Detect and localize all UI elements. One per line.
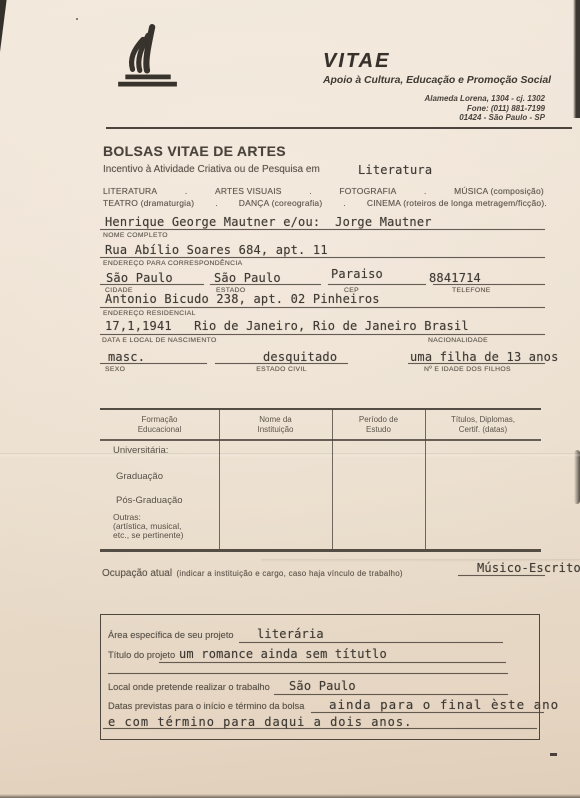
ink-speck	[550, 753, 557, 756]
header-line: Títulos, Diplomas,	[425, 415, 541, 425]
cep-value: Paraiso	[331, 267, 383, 281]
dust-speck	[76, 18, 78, 20]
category-item: LITERATURA	[103, 186, 157, 196]
ocupacao-row: Ocupação atual (indicar a instituição e …	[102, 563, 403, 581]
categories-line-1: LITERATURA . ARTES VISUAIS . FOTOGRAFIA …	[103, 186, 544, 196]
org-tagline: Apoio à Cultura, Educação e Promoção Soc…	[323, 75, 551, 86]
header-line: Instituição	[219, 425, 332, 435]
local-value: São Paulo	[289, 679, 356, 693]
project-rule	[274, 694, 508, 695]
field-rule	[328, 284, 426, 285]
field-rule	[100, 284, 204, 285]
endereco-residencial-label: ENDEREÇO RESIDENCIAL	[103, 310, 196, 317]
org-name: VITAE	[323, 50, 390, 73]
edge-shadow-right-top	[573, 0, 580, 118]
header-line: Formação	[100, 415, 219, 425]
nome-completo-value: Henrique George Mautner e/ou: Jorge Maut…	[105, 215, 432, 229]
address-line: Alameda Lorena, 1304 - cj. 1302	[330, 94, 545, 104]
category-item: CINEMA (roteiros de longa metragem/ficçã…	[367, 198, 547, 208]
edge-shadow-right-mid	[574, 450, 580, 504]
table-header-formacao: Formação Educacional	[100, 415, 219, 434]
field-rule	[433, 284, 545, 285]
field-rule	[100, 257, 545, 258]
estado-value: São Paulo	[214, 271, 281, 285]
datas-value-line2: e com término para daqui a dois anos.	[108, 715, 412, 729]
separator-dot: .	[215, 198, 218, 208]
letterhead-rule	[106, 127, 572, 129]
corner-shadow-top-left	[0, 0, 11, 52]
area-label: Área específica de seu projeto	[108, 630, 234, 640]
filhos-value: uma filha de 13 anos	[410, 350, 559, 364]
area-value: literária	[257, 627, 324, 641]
estado-civil-label: ESTADO CIVIL	[215, 366, 348, 373]
table-header-divider	[100, 439, 541, 441]
field-rule	[100, 334, 545, 335]
datas-label: Datas previstas para o início e término …	[108, 701, 304, 711]
datas-value: ainda para o final èste ano	[329, 697, 559, 712]
field-rule	[100, 363, 207, 364]
category-item: FOTOGRAFIA	[339, 186, 396, 196]
vitae-flame-logo	[116, 24, 178, 90]
separator-dot: .	[309, 186, 312, 196]
nacionalidade-label: NACIONALIDADE	[428, 337, 488, 344]
category-item: TEATRO (dramaturgia)	[103, 198, 194, 208]
project-box: Área específica de seu projeto literária…	[100, 614, 540, 740]
sexo-label: SEXO	[105, 366, 125, 373]
table-row-outras: Outras: (artística, musical, etc., se pe…	[113, 513, 183, 540]
table-header-titulos: Títulos, Diplomas, Certif. (datas)	[425, 415, 541, 434]
field-rule	[210, 284, 321, 285]
ocupacao-value: Músico-Escritor	[477, 561, 580, 575]
header-line: Educacional	[100, 425, 219, 435]
sexo-value: masc.	[108, 350, 145, 364]
separator-dot: .	[343, 198, 346, 208]
table-row-universitaria: Universitária:	[113, 445, 168, 456]
field-rule	[458, 575, 545, 576]
estado-civil-value: desquitado	[263, 350, 337, 364]
endereco-residencial-value: Antonio Bicudo 238, apt. 02 Pinheiros	[105, 292, 380, 306]
header-line: Estudo	[332, 425, 425, 435]
header-line: Nome da	[219, 415, 332, 425]
project-rule	[311, 712, 544, 713]
endereco-correspondencia-value: Rua Abílio Soares 684, apt. 11	[105, 243, 328, 257]
titulo-value: um romance ainda sem títutlo	[179, 647, 387, 661]
header-line: Certif. (datas)	[425, 425, 541, 435]
project-rule	[103, 728, 537, 729]
field-rule	[100, 307, 545, 308]
row-line: etc., se pertinente)	[113, 531, 183, 540]
category-item: DANÇA (coreografia)	[239, 198, 323, 208]
table-header-instituicao: Nome da Instituição	[219, 415, 332, 434]
project-rule	[239, 642, 503, 643]
cidade-value: São Paulo	[106, 271, 173, 285]
nascimento-label: DATA E LOCAL DE NASCIMENTO	[102, 337, 217, 344]
endereco-correspondencia-label: ENDEREÇO PARA CORRESPONDÊNCIA	[103, 260, 243, 267]
subtitle-typed-value: Literatura	[358, 163, 432, 177]
field-rule	[215, 363, 348, 364]
separator-dot: .	[424, 186, 427, 196]
table-header-periodo: Período de Estudo	[332, 415, 425, 434]
ocupacao-label: Ocupação atual	[102, 568, 172, 579]
titulo-label: Título do projeto	[108, 650, 175, 660]
field-rule	[408, 363, 545, 364]
table-row-graduacao: Graduação	[116, 471, 163, 482]
education-table: Formação Educacional Nome da Instituição…	[100, 408, 541, 552]
categories-line-2: TEATRO (dramaturgia) . DANÇA (coreografi…	[103, 198, 547, 208]
telefone-label: TELEFONE	[452, 287, 491, 294]
scanned-form-page: VITAE Apoio à Cultura, Educação e Promoç…	[0, 0, 580, 798]
category-item: ARTES VISUAIS	[215, 186, 282, 196]
category-item: MÚSICA (composição)	[454, 186, 544, 196]
address-line: 01424 - São Paulo - SP	[330, 113, 545, 123]
table-row-pos-graduacao: Pós-Graduação	[116, 495, 183, 506]
local-label: Local onde pretende realizar o trabalho	[108, 682, 270, 692]
address-line: Fone: (011) 881-7199	[330, 104, 545, 114]
form-subtitle: Incentivo à Atividade Criativa ou de Pes…	[103, 164, 320, 175]
field-rule	[100, 229, 545, 230]
form-title: BOLSAS VITAE DE ARTES	[103, 143, 286, 159]
filhos-label: Nº E IDADE DOS FILHOS	[424, 366, 511, 373]
project-rule	[159, 662, 506, 663]
header-line: Período de	[332, 415, 425, 425]
telefone-value: 8841714	[429, 271, 481, 285]
nome-completo-label: NOME COMPLETO	[103, 232, 168, 239]
org-address: Alameda Lorena, 1304 - cj. 1302 Fone: (0…	[330, 94, 545, 123]
ocupacao-hint: (indicar a instituição e cargo, caso haj…	[177, 569, 403, 578]
edge-shadow-bottom	[0, 794, 580, 798]
project-rule-empty	[108, 673, 508, 674]
separator-dot: .	[185, 186, 188, 196]
nascimento-value: 17,1,1941 Rio de Janeiro, Rio de Janeiro…	[105, 319, 469, 333]
